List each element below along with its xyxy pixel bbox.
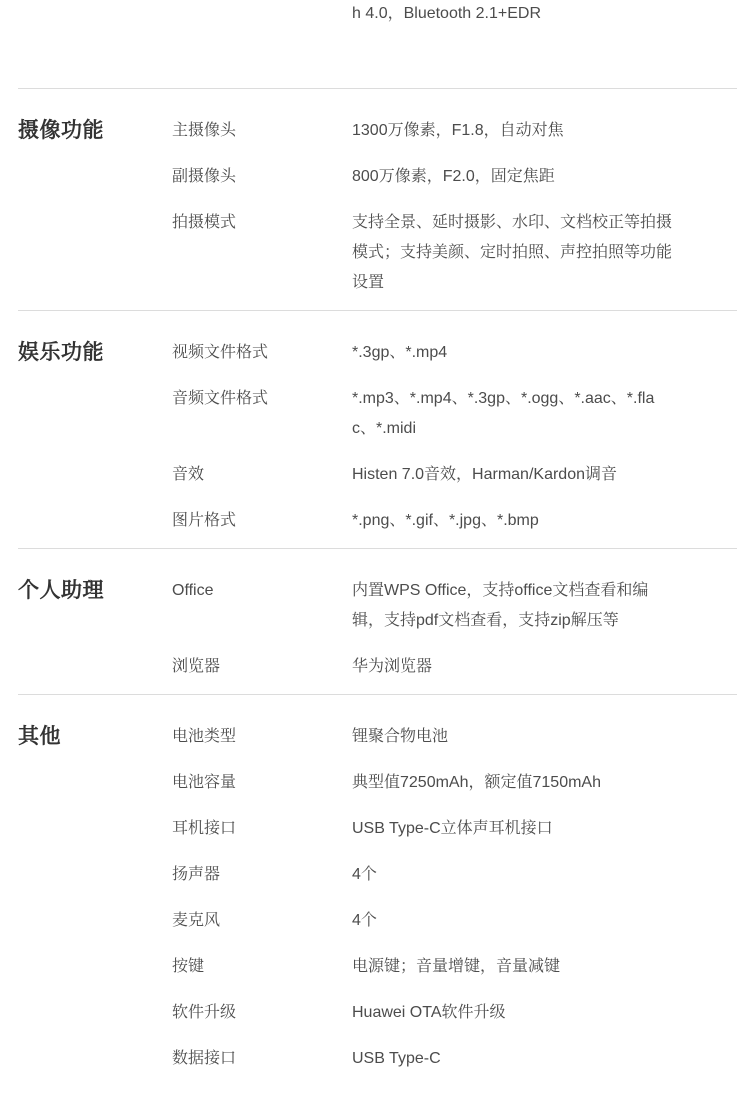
spec-label: 电池容量 bbox=[172, 768, 352, 798]
spec-value: 锂聚合物电池 bbox=[352, 722, 682, 752]
section-entertainment: 娱乐功能 视频文件格式 *.3gp、*.mp4 音频文件格式 *.mp3、*.m… bbox=[18, 310, 737, 548]
spec-value: Histen 7.0音效，Harman/Kardon调音 bbox=[352, 460, 682, 490]
spec-label: 浏览器 bbox=[172, 652, 352, 682]
spec-row-sound-effects: 音效 Histen 7.0音效，Harman/Kardon调音 bbox=[172, 460, 737, 490]
spec-label: 主摄像头 bbox=[172, 116, 352, 146]
spec-value: 电源键；音量增键，音量减键 bbox=[352, 952, 682, 982]
spec-label: 数据接口 bbox=[172, 1044, 352, 1074]
spec-row-front-camera: 副摄像头 800万像素，F2.0，固定焦距 bbox=[172, 162, 737, 192]
spec-row-battery-capacity: 电池容量 典型值7250mAh，额定值7150mAh bbox=[172, 768, 737, 798]
spec-value: 内置WPS Office，支持office文档查看和编 辑，支持pdf文档查看，… bbox=[352, 576, 682, 636]
section-title-entertainment: 娱乐功能 bbox=[18, 338, 172, 536]
section-title-other: 其他 bbox=[18, 722, 172, 1074]
spec-row-software-update: 软件升级 Huawei OTA软件升级 bbox=[172, 998, 737, 1028]
spec-label: 视频文件格式 bbox=[172, 338, 352, 368]
spec-value: *.mp3、*.mp4、*.3gp、*.ogg、*.aac、*.fla c、*.… bbox=[352, 384, 682, 444]
section-other: 其他 电池类型 锂聚合物电池 电池容量 典型值7250mAh，额定值7150mA… bbox=[18, 694, 737, 1086]
section-rows: 视频文件格式 *.3gp、*.mp4 音频文件格式 *.mp3、*.mp4、*.… bbox=[172, 338, 737, 536]
spec-row-speakers: 扬声器 4个 bbox=[172, 860, 737, 890]
spec-label: 音频文件格式 bbox=[172, 384, 352, 444]
spec-row-data-port: 数据接口 USB Type-C bbox=[172, 1044, 737, 1074]
section-rows: Office 内置WPS Office，支持office文档查看和编 辑，支持p… bbox=[172, 576, 737, 682]
spec-value: 典型值7250mAh，额定值7150mAh bbox=[352, 768, 682, 798]
spec-label: 麦克风 bbox=[172, 906, 352, 936]
spec-row-headphone-jack: 耳机接口 USB Type-C立体声耳机接口 bbox=[172, 814, 737, 844]
spec-value: USB Type-C立体声耳机接口 bbox=[352, 814, 682, 844]
spec-row-office: Office 内置WPS Office，支持office文档查看和编 辑，支持p… bbox=[172, 576, 737, 636]
section-personal-assistant: 个人助理 Office 内置WPS Office，支持office文档查看和编 … bbox=[18, 548, 737, 694]
spec-row-microphones: 麦克风 4个 bbox=[172, 906, 737, 936]
spec-row-video-formats: 视频文件格式 *.3gp、*.mp4 bbox=[172, 338, 737, 368]
spec-row-main-camera: 主摄像头 1300万像素，F1.8，自动对焦 bbox=[172, 116, 737, 146]
spec-row-audio-formats: 音频文件格式 *.mp3、*.mp4、*.3gp、*.ogg、*.aac、*.f… bbox=[172, 384, 737, 444]
spec-value: 支持全景、延时摄影、水印、文档校正等拍摄 模式；支持美颜、定时拍照、声控拍照等功… bbox=[352, 208, 682, 298]
spec-row-image-formats: 图片格式 *.png、*.gif、*.jpg、*.bmp bbox=[172, 506, 737, 536]
spec-label: 软件升级 bbox=[172, 998, 352, 1028]
spec-value: *.png、*.gif、*.jpg、*.bmp bbox=[352, 506, 682, 536]
spec-label: 扬声器 bbox=[172, 860, 352, 890]
overflow-spec-row: h 4.0，Bluetooth 2.1+EDR bbox=[0, 0, 750, 88]
spec-row-buttons: 按键 电源键；音量增键，音量减键 bbox=[172, 952, 737, 982]
section-title-personal-assistant: 个人助理 bbox=[18, 576, 172, 682]
spec-value: 4个 bbox=[352, 860, 682, 890]
spec-label: 拍摄模式 bbox=[172, 208, 352, 298]
spec-label: 图片格式 bbox=[172, 506, 352, 536]
spec-value: 4个 bbox=[352, 906, 682, 936]
spec-label: Office bbox=[172, 576, 352, 636]
section-camera: 摄像功能 主摄像头 1300万像素，F1.8，自动对焦 副摄像头 800万像素，… bbox=[18, 88, 737, 310]
spec-row-shooting-modes: 拍摄模式 支持全景、延时摄影、水印、文档校正等拍摄 模式；支持美颜、定时拍照、声… bbox=[172, 208, 737, 298]
spec-row-browser: 浏览器 华为浏览器 bbox=[172, 652, 737, 682]
spec-value: 1300万像素，F1.8，自动对焦 bbox=[352, 116, 682, 146]
spec-label: 副摄像头 bbox=[172, 162, 352, 192]
spec-value: USB Type-C bbox=[352, 1044, 682, 1074]
spec-label: 音效 bbox=[172, 460, 352, 490]
spec-value: 800万像素，F2.0，固定焦距 bbox=[352, 162, 682, 192]
spec-value: *.3gp、*.mp4 bbox=[352, 338, 682, 368]
spec-label: 耳机接口 bbox=[172, 814, 352, 844]
section-title-camera: 摄像功能 bbox=[18, 116, 172, 298]
spec-page: h 4.0，Bluetooth 2.1+EDR 摄像功能 主摄像头 1300万像… bbox=[0, 0, 750, 1100]
section-rows: 电池类型 锂聚合物电池 电池容量 典型值7250mAh，额定值7150mAh 耳… bbox=[172, 722, 737, 1074]
section-rows: 主摄像头 1300万像素，F1.8，自动对焦 副摄像头 800万像素，F2.0，… bbox=[172, 116, 737, 298]
spec-value-overflow: h 4.0，Bluetooth 2.1+EDR bbox=[352, 1, 682, 27]
spec-value: 华为浏览器 bbox=[352, 652, 682, 682]
spec-label: 电池类型 bbox=[172, 722, 352, 752]
spec-label: 按键 bbox=[172, 952, 352, 982]
spec-row-battery-type: 电池类型 锂聚合物电池 bbox=[172, 722, 737, 752]
spec-value: Huawei OTA软件升级 bbox=[352, 998, 682, 1028]
